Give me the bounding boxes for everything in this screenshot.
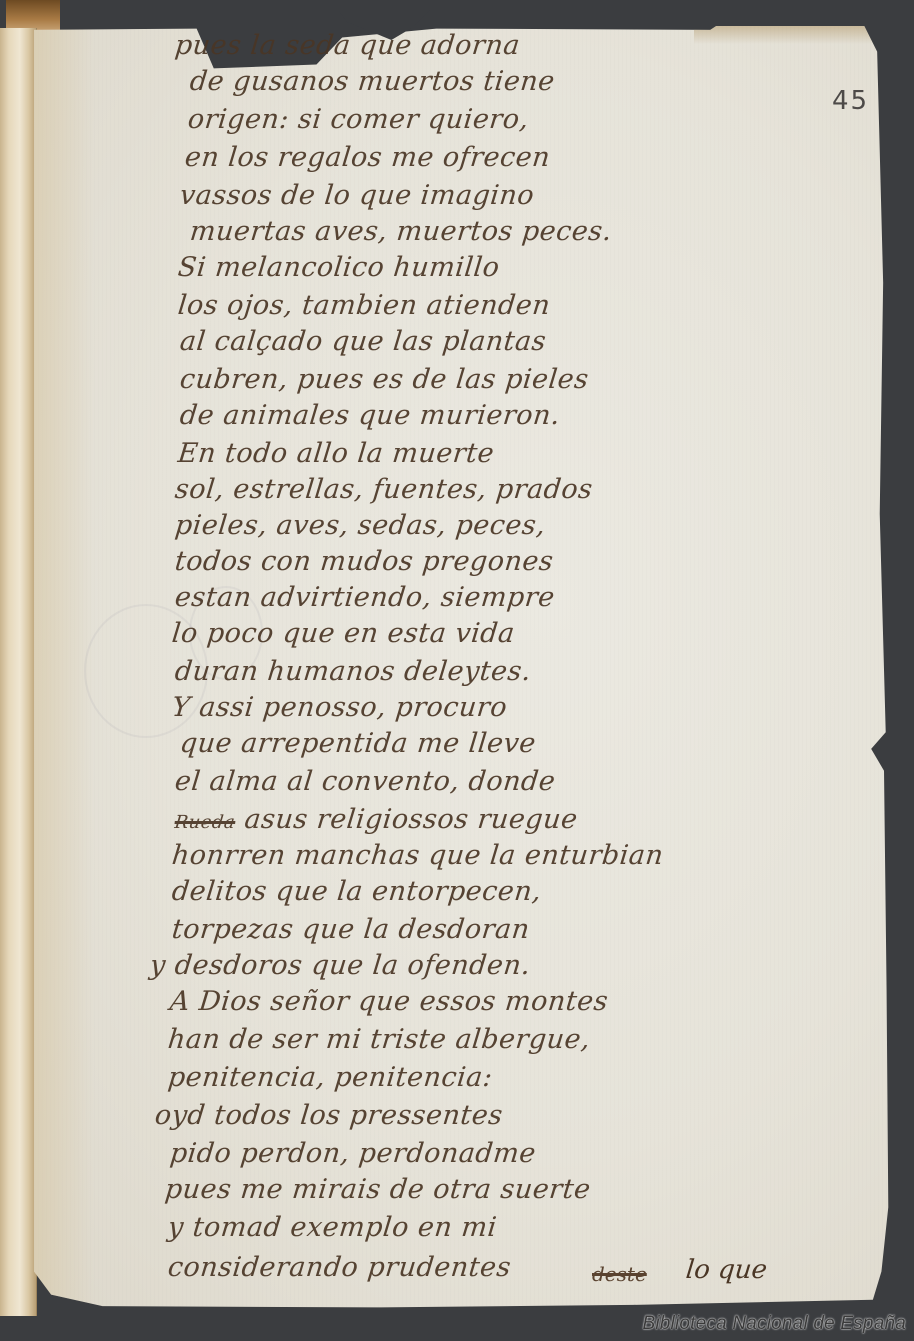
verse-line: en los regalos me ofrecen — [183, 142, 551, 173]
verse-line: considerando prudentes — [166, 1252, 512, 1283]
verse-line: honrren manchas que la enturbian — [170, 840, 665, 871]
verse-line: torpezas que la desdoran — [170, 914, 531, 945]
verse-line: pues la seda que adorna — [173, 30, 521, 61]
verse-line: origen: si comer quiero, — [186, 104, 530, 135]
verse-line: Si melancolico humillo — [176, 252, 501, 283]
verse-line: estan advirtiendo, siempre — [173, 582, 556, 613]
verse-line: que arrepentida me lleve — [178, 728, 537, 759]
verse-line: todos con mudos pregones — [173, 546, 555, 577]
verse-line: penitencia, penitencia: — [166, 1062, 494, 1093]
verse-line-text: asus religiossos ruegue — [243, 804, 579, 835]
verse-line: pues me mirais de otra suerte — [163, 1174, 592, 1205]
verse-line: lo poco que en esta vida — [170, 618, 516, 649]
verse-line: el alma al convento, donde — [173, 766, 557, 797]
verse-line: Rueda asus religiossos ruegue — [173, 804, 579, 835]
verse-line: muertas aves, muertos peces. — [188, 216, 613, 247]
verse-line: los ojos, tambien atienden — [176, 290, 552, 321]
verse-line: pido perdon, perdonadme — [168, 1138, 537, 1169]
verse-line: de animales que murieron. — [178, 400, 561, 431]
verse-line: pieles, aves, sedas, peces, — [173, 510, 547, 541]
verse-line: vassos de lo que imagino — [178, 180, 535, 211]
verse-line: En todo allo la muerte — [176, 438, 495, 469]
manuscript-scan: 45 pues la seda que adorna de gusanos mu… — [0, 0, 914, 1341]
verse-line: al calçado que las plantas — [178, 326, 547, 357]
verse-line: duran humanos deleytes. — [173, 656, 532, 687]
verse-line: de gusanos muertos tiene — [188, 66, 556, 97]
verse-line: cubren, pues es de las pieles — [178, 364, 590, 395]
verse-line: y desdoros que la ofenden. — [148, 950, 532, 981]
verse-line: sol, estrellas, fuentes, prados — [173, 474, 594, 505]
verse-line: oyd todos los pressentes — [153, 1100, 504, 1131]
verse-line: Y assi penosso, procuro — [170, 692, 508, 723]
verse-line: A Dios señor que essos montes — [168, 986, 609, 1017]
library-watermark: Biblioteca Nacional de España — [642, 1313, 906, 1335]
verse-line: han de ser mi triste albergue, — [166, 1024, 592, 1055]
catchword: lo que — [684, 1255, 768, 1285]
struck-word: Rueda — [174, 812, 237, 833]
verse-line: delitos que la entorpecen, — [170, 876, 543, 907]
verse-text: pues la seda que adorna de gusanos muert… — [0, 0, 914, 1341]
verse-line: y tomad exemplo en mi — [166, 1212, 498, 1243]
struck-word: deste — [592, 1262, 647, 1286]
